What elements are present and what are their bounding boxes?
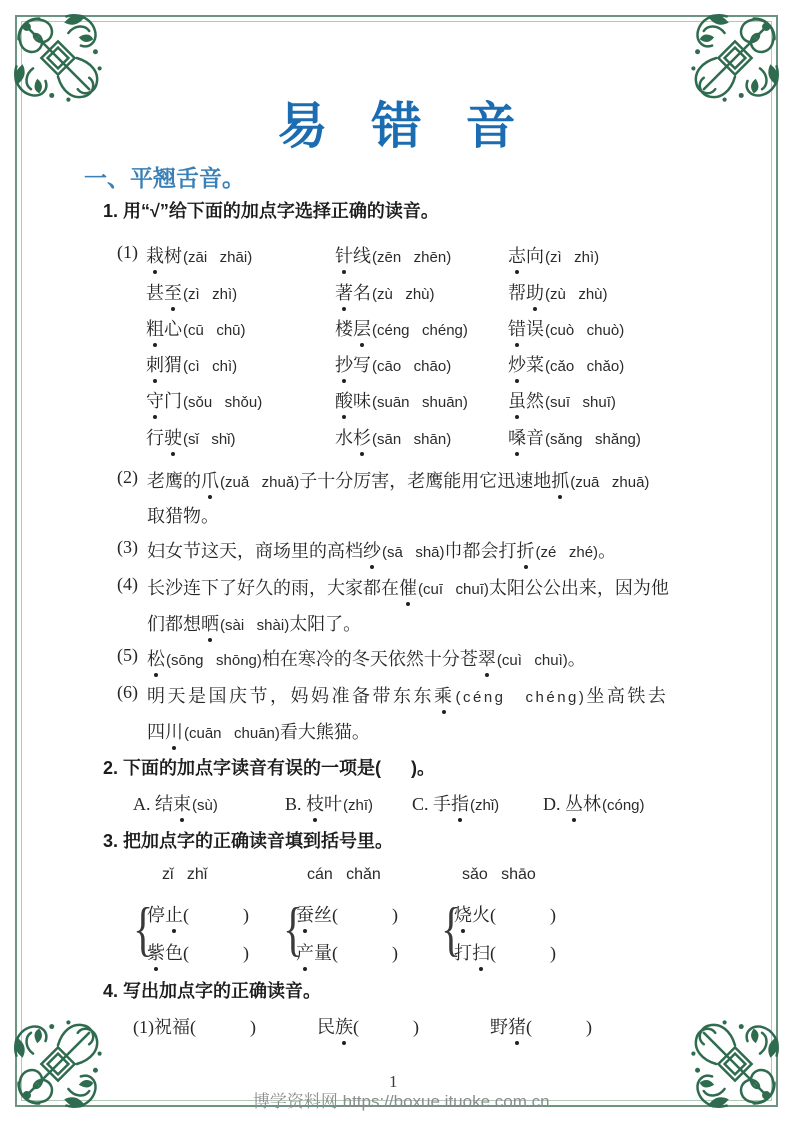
dotted-hanzi: 爪 xyxy=(201,467,219,493)
hanzi: 音 xyxy=(526,428,544,448)
hanzi-run: 明天是国庆节，妈妈准备带东东 xyxy=(147,686,434,706)
hanzi: 丝 xyxy=(314,905,332,925)
dotted-hanzi: 纱 xyxy=(363,537,381,563)
pinyin: (sōng shōng) xyxy=(166,652,262,669)
hanzi: 民 xyxy=(317,1017,335,1037)
hanzi: 量 xyxy=(314,943,332,963)
pinyin: (zì zhì) xyxy=(545,249,599,266)
hanzi: 误 xyxy=(526,319,544,339)
word: 炒菜(cǎo chǎo) xyxy=(508,351,624,377)
item-number: (6) xyxy=(117,682,138,703)
fill-blank-item: 停止( ) xyxy=(147,901,249,927)
pinyin: (cāo chāo) xyxy=(372,358,451,375)
answer-blank: ( ) xyxy=(490,905,556,925)
hanzi: 打 xyxy=(454,943,472,963)
sentence-line: 老鹰的爪(zuǎ zhuǎ)子十分厉害，老鹰能用它迅速地抓(zuā zhuā) xyxy=(147,467,649,493)
pinyin: (sān shān) xyxy=(372,431,451,448)
word: 虽然(suī shuī) xyxy=(508,387,616,413)
dotted-hanzi: 栽 xyxy=(146,242,164,268)
q3-heading: 3. 把加点字的正确读音填到括号里。 xyxy=(103,827,393,853)
hanzi-run: 太阳了。 xyxy=(289,614,361,634)
footer-url: https://boxue.ituoke.com.cn xyxy=(343,1092,550,1111)
fill-blank-item: 野猪( ) xyxy=(490,1013,592,1039)
dotted-hanzi: 抄 xyxy=(335,351,353,377)
answer-blank: ( ) xyxy=(190,1017,256,1037)
hanzi-run: 四 xyxy=(147,722,165,742)
hanzi: 色 xyxy=(165,943,183,963)
pinyin: (céng chéng) xyxy=(372,322,468,339)
pinyin-choices: zǐ zhǐ xyxy=(162,866,207,884)
sentence-line: 取猎物。 xyxy=(147,502,219,528)
word: 守门(sǒu shǒu) xyxy=(146,387,262,413)
dotted-hanzi: 晒 xyxy=(201,610,219,636)
sentence-line: 四川(cuān chuān)看大熊猫。 xyxy=(147,718,370,744)
pinyin: (sù) xyxy=(192,797,218,814)
hanzi: 行 xyxy=(146,428,164,448)
dotted-hanzi: 丛 xyxy=(565,790,583,816)
dotted-hanzi: 催 xyxy=(399,574,417,600)
pinyin: (sài shài) xyxy=(220,617,289,634)
hanzi-run: 们都想 xyxy=(147,614,201,634)
hanzi: 甚 xyxy=(146,283,164,303)
hanzi-run: 柏在寒冷的冬天依然十分苍 xyxy=(262,649,478,669)
sentence-line: 长沙连下了好久的雨，大家都在催(cuī chuī)太阳公公出来，因为他 xyxy=(147,574,669,600)
word: 水杉(sān shān) xyxy=(335,424,451,450)
q2-heading: 2. 下面的加点字读音有误的一项是( )。 xyxy=(103,754,435,780)
fill-blank-item: 烧火( ) xyxy=(454,901,556,927)
sentence-line: 松(sōng shōng)柏在寒冷的冬天依然十分苍翠(cuì chuì)。 xyxy=(147,645,586,671)
word: 行驶(sǐ shǐ) xyxy=(146,424,236,450)
hanzi: 水 xyxy=(335,428,353,448)
dotted-hanzi: 乘 xyxy=(434,682,455,708)
pinyin: (suān shuān) xyxy=(372,394,468,411)
pinyin: (zé zhé) xyxy=(536,544,599,561)
dotted-hanzi: 错 xyxy=(508,315,526,341)
pinyin: (cì chì) xyxy=(183,358,237,375)
hanzi-run: 坐高铁去 xyxy=(586,686,668,706)
answer-blank: ( ) xyxy=(490,943,556,963)
dotted-hanzi: 杉 xyxy=(353,424,371,450)
sentence-line: 妇女节这天，商场里的高档纱(sā shā)巾都会打折(zé zhé)。 xyxy=(147,537,616,563)
footer-site: 博学资料网 xyxy=(253,1092,338,1111)
dotted-hanzi: 产 xyxy=(296,939,314,965)
dotted-hanzi: 针 xyxy=(335,242,353,268)
dotted-hanzi: 猪 xyxy=(508,1013,526,1039)
dotted-hanzi: 松 xyxy=(147,645,165,671)
dotted-hanzi: 层 xyxy=(353,315,371,341)
hanzi: 树 xyxy=(164,246,182,266)
pinyin: (sǐ shǐ) xyxy=(183,431,236,448)
dotted-hanzi: 守 xyxy=(146,387,164,413)
dotted-hanzi: 驶 xyxy=(164,424,182,450)
word: 帮助(zù zhù) xyxy=(508,279,608,305)
dotted-hanzi: 酸 xyxy=(335,387,353,413)
word: 粗心(cū chū) xyxy=(146,315,246,341)
dotted-hanzi: 抓 xyxy=(551,467,569,493)
sentence-line: 明天是国庆节，妈妈准备带东东乘(céng chéng)坐高铁去 xyxy=(147,682,668,708)
pinyin: (sǒu shǒu) xyxy=(183,394,262,411)
answer-blank: ( ) xyxy=(332,943,398,963)
dotted-hanzi: 翠 xyxy=(478,645,496,671)
pinyin-choices: sǎo shāo xyxy=(462,866,536,884)
hanzi: 火 xyxy=(472,905,490,925)
hanzi-run: 。 xyxy=(598,541,616,561)
fill-blank-item: 产量( ) xyxy=(296,939,398,965)
hanzi: 写 xyxy=(353,355,371,375)
hanzi-run: 太阳公公出来，因为他 xyxy=(489,578,669,598)
section-heading: 一、平翘舌音。 xyxy=(84,160,245,193)
dotted-hanzi: 助 xyxy=(526,279,544,305)
word: 错误(cuò chuò) xyxy=(508,315,624,341)
answer-option: B. 枝叶(zhī) xyxy=(285,790,373,816)
answer-blank: ( ) xyxy=(353,1017,419,1037)
dotted-hanzi: 嗓 xyxy=(508,424,526,450)
sentence-line: 们都想晒(sài shài)太阳了。 xyxy=(147,610,361,636)
hanzi: 线 xyxy=(353,246,371,266)
answer-blank: ( ) xyxy=(332,905,398,925)
hanzi: 楼 xyxy=(335,319,353,339)
hanzi-run: 巾都会打 xyxy=(445,541,517,561)
dotted-hanzi: 虽 xyxy=(508,387,526,413)
pinyin: (cuī chuī) xyxy=(418,581,489,598)
option-label: D. xyxy=(543,794,565,814)
word: 刺猬(cì chì) xyxy=(146,351,237,377)
hanzi: 叶 xyxy=(324,794,342,814)
pinyin: (cuì chuì) xyxy=(497,652,568,669)
hanzi: 菜 xyxy=(526,355,544,375)
worksheet-page: { "page": { "title": "易错音", "section_hea… xyxy=(0,0,793,1122)
fill-blank-item: 打扫( ) xyxy=(454,939,556,965)
dotted-hanzi: 蚕 xyxy=(296,901,314,927)
pinyin: (cóng) xyxy=(602,797,645,814)
hanzi: 向 xyxy=(526,246,544,266)
pinyin: (zēn zhēn) xyxy=(372,249,451,266)
fill-blank-item: 蚕丝( ) xyxy=(296,901,398,927)
fill-blank-item: 民族( ) xyxy=(317,1013,419,1039)
fill-blank-item: 紫色( ) xyxy=(147,939,249,965)
dotted-hanzi: 烧 xyxy=(454,901,472,927)
answer-blank: ( ) xyxy=(526,1017,592,1037)
pinyin: (suī shuī) xyxy=(545,394,616,411)
hanzi-run: 长沙连下了好久的雨，大家都在 xyxy=(147,578,399,598)
item-number: (1) xyxy=(133,1017,154,1037)
hanzi: 手 xyxy=(433,794,451,814)
hanzi: 然 xyxy=(526,391,544,411)
q4-heading: 4. 写出加点字的正确读音。 xyxy=(103,977,321,1003)
option-label: A. xyxy=(133,794,155,814)
item-number: (5) xyxy=(117,645,138,666)
dotted-hanzi: 折 xyxy=(517,537,535,563)
word: 著名(zù zhù) xyxy=(335,279,435,305)
pinyin: (sā shā) xyxy=(382,544,445,561)
pinyin: (zhǐ) xyxy=(470,797,499,814)
answer-option: A. 结束(sù) xyxy=(133,790,218,816)
item-number: (1) xyxy=(117,242,138,263)
page-title: 易错音 xyxy=(0,86,793,158)
fill-blank-item: (1)祝福( ) xyxy=(133,1013,256,1039)
page-number: 1 xyxy=(389,1072,398,1092)
pinyin: (zì zhì) xyxy=(183,286,237,303)
answer-option: D. 丛林(cóng) xyxy=(543,790,645,816)
pinyin: (zuǎ zhuǎ) xyxy=(220,474,299,491)
option-label: B. xyxy=(285,794,306,814)
pinyin: (cuān chuān) xyxy=(184,725,280,742)
pinyin: (cǎo chǎo) xyxy=(545,358,624,375)
word: 抄写(cāo chāo) xyxy=(335,351,451,377)
dotted-hanzi: 著 xyxy=(335,279,353,305)
word: 甚至(zì zhì) xyxy=(146,279,237,305)
hanzi: 猬 xyxy=(164,355,182,375)
word: 酸味(suān shuān) xyxy=(335,387,468,413)
hanzi: 名 xyxy=(353,283,371,303)
hanzi: 停 xyxy=(147,905,165,925)
word: 针线(zēn zhēn) xyxy=(335,242,451,268)
word: 嗓音(sǎng shǎng) xyxy=(508,424,641,450)
dotted-hanzi: 紫 xyxy=(147,939,165,965)
hanzi: 门 xyxy=(164,391,182,411)
pinyin: (zù zhù) xyxy=(372,286,435,303)
item-number: (3) xyxy=(117,537,138,558)
pinyin: (cuò chuò) xyxy=(545,322,624,339)
word: 楼层(céng chéng) xyxy=(335,315,468,341)
dotted-hanzi: 指 xyxy=(451,790,469,816)
dotted-hanzi: 炒 xyxy=(508,351,526,377)
hanzi: 结 xyxy=(155,794,173,814)
pinyin: (zù zhù) xyxy=(545,286,608,303)
dotted-hanzi: 志 xyxy=(508,242,526,268)
pinyin: (sǎng shǎng) xyxy=(545,431,641,448)
hanzi-run: 子十分厉害，老鹰能用它迅速地 xyxy=(299,471,551,491)
item-number: (2) xyxy=(117,467,138,488)
hanzi: 味 xyxy=(353,391,371,411)
pinyin: (zāi zhāi) xyxy=(183,249,252,266)
answer-blank: ( ) xyxy=(183,905,249,925)
pinyin: (cū chū) xyxy=(183,322,246,339)
dotted-hanzi: 族 xyxy=(335,1013,353,1039)
pinyin: (céng chéng) xyxy=(456,689,587,706)
item-number: (4) xyxy=(117,574,138,595)
option-label: C. xyxy=(412,794,433,814)
hanzi: 心 xyxy=(164,319,182,339)
dotted-hanzi: 枝 xyxy=(306,790,324,816)
q1-heading: 1. 用“√”给下面的加点字选择正确的读音。 xyxy=(103,197,439,223)
hanzi: 帮 xyxy=(508,283,526,303)
hanzi: 林 xyxy=(583,794,601,814)
pinyin: (zhī) xyxy=(343,797,373,814)
hanzi: 祝福 xyxy=(154,1017,190,1037)
word: 栽树(zāi zhāi) xyxy=(146,242,252,268)
hanzi-run: 妇女节这天，商场里的高档 xyxy=(147,541,363,561)
pinyin-choices: cán chǎn xyxy=(307,866,381,884)
dotted-hanzi: 刺 xyxy=(146,351,164,377)
pinyin: (zuā zhuā) xyxy=(570,474,649,491)
dotted-hanzi: 扫 xyxy=(472,939,490,965)
hanzi: 野 xyxy=(490,1017,508,1037)
dotted-hanzi: 至 xyxy=(164,279,182,305)
hanzi-run: 。 xyxy=(568,649,586,669)
hanzi-run: 老鹰的 xyxy=(147,471,201,491)
dotted-hanzi: 止 xyxy=(165,901,183,927)
dotted-hanzi: 粗 xyxy=(146,315,164,341)
hanzi-run: 取猎物。 xyxy=(147,506,219,526)
hanzi-run: 看大熊猫。 xyxy=(280,722,370,742)
dotted-hanzi: 川 xyxy=(165,718,183,744)
answer-option: C. 手指(zhǐ) xyxy=(412,790,499,816)
dotted-hanzi: 束 xyxy=(173,790,191,816)
answer-blank: ( ) xyxy=(183,943,249,963)
word: 志向(zì zhì) xyxy=(508,242,599,268)
